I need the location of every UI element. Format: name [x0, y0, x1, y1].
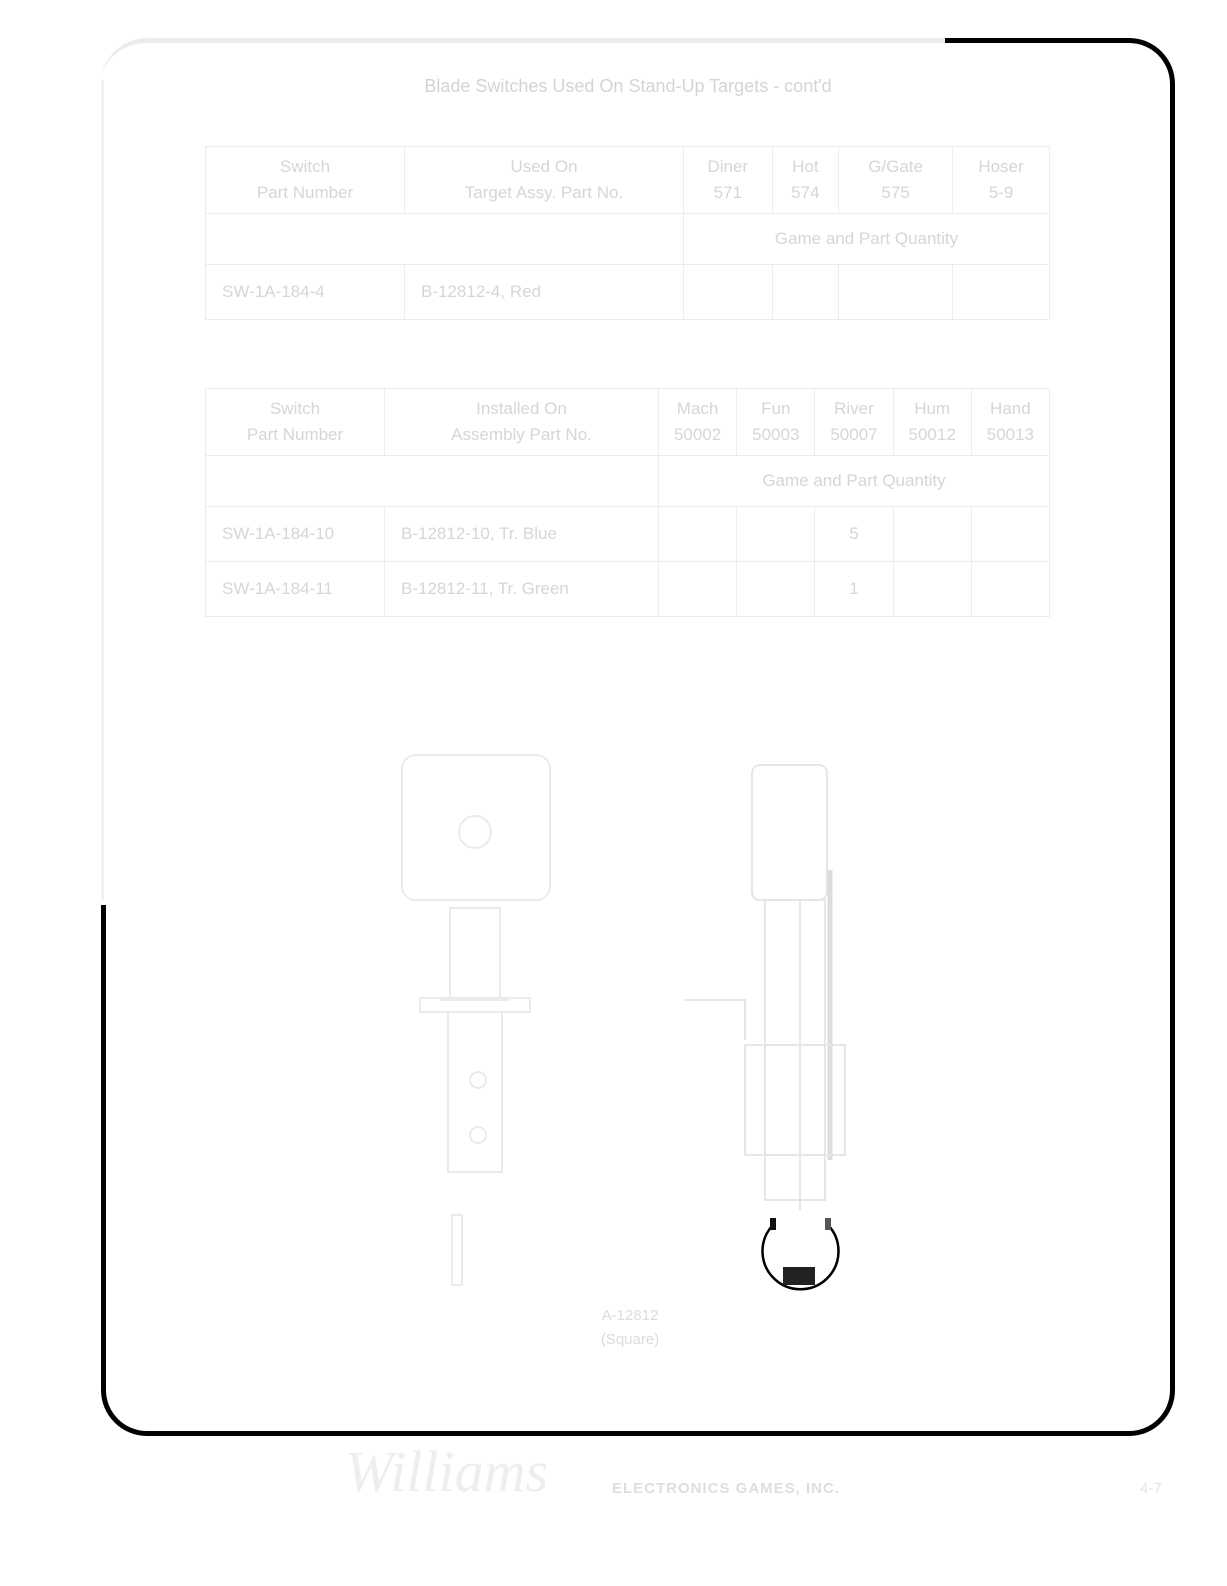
company-name: ELECTRONICS GAMES, INC. [612, 1480, 840, 1497]
qty [971, 507, 1049, 562]
qty [659, 507, 737, 562]
page-frame-left-faded [101, 80, 104, 900]
figure-caption: A-12812(Square) [560, 1304, 700, 1352]
header-game: Hot574 [772, 147, 839, 214]
installed-on: B-12812-10, Tr. Blue [385, 507, 659, 562]
switch-drawing [380, 740, 900, 1320]
qty [893, 507, 971, 562]
header-game: Mach50002 [659, 389, 737, 456]
header-game: Hand50013 [971, 389, 1049, 456]
group-label: Game and Part Quantity [684, 214, 1050, 265]
page-number: 4-7 [1140, 1480, 1162, 1497]
header-installed-on: Installed OnAssembly Part No. [385, 389, 659, 456]
header-game: Hum50012 [893, 389, 971, 456]
used-on: B-12812-4, Red [405, 265, 684, 320]
qty [737, 507, 815, 562]
table-row: SW-1A-184-11 B-12812-11, Tr. Green 1 [206, 562, 1050, 617]
group-label: Game and Part Quantity [659, 456, 1050, 507]
switch-table-1: SwitchPart Number Used OnTarget Assy. Pa… [205, 146, 1050, 320]
page-frame-left [101, 905, 106, 1385]
part-number: SW-1A-184-10 [206, 507, 385, 562]
qty [772, 265, 839, 320]
side-view [685, 765, 845, 1210]
qty: 1 [815, 562, 893, 617]
part-number: SW-1A-184-11 [206, 562, 385, 617]
header-game: G/Gate575 [839, 147, 953, 214]
header-switch: SwitchPart Number [206, 389, 385, 456]
group-row: Game and Part Quantity [206, 214, 1050, 265]
header-game: Hoser5-9 [953, 147, 1050, 214]
header-game: Fun50003 [737, 389, 815, 456]
front-view [402, 755, 550, 1285]
table-row: SW-1A-184-4 B-12812-4, Red [206, 265, 1050, 320]
page-frame-bottom [101, 1380, 1175, 1436]
table-header: SwitchPart Number Used OnTarget Assy. Pa… [206, 147, 1050, 214]
header-switch: SwitchPart Number [206, 147, 405, 214]
header-game: Diner571 [684, 147, 773, 214]
table-header: SwitchPart Number Installed OnAssembly P… [206, 389, 1050, 456]
wire-loop-icon [763, 1218, 839, 1289]
table-row: SW-1A-184-10 B-12812-10, Tr. Blue 5 [206, 507, 1050, 562]
part-number: SW-1A-184-4 [206, 265, 405, 320]
qty [737, 562, 815, 617]
group-row: Game and Part Quantity [206, 456, 1050, 507]
qty [839, 265, 953, 320]
qty [659, 562, 737, 617]
qty [893, 562, 971, 617]
qty: 5 [815, 507, 893, 562]
qty [684, 265, 773, 320]
qty [971, 562, 1049, 617]
qty [953, 265, 1050, 320]
switch-table-2: SwitchPart Number Installed OnAssembly P… [205, 388, 1050, 617]
page-frame-right [1170, 90, 1175, 1390]
header-used-on: Used OnTarget Assy. Part No. [405, 147, 684, 214]
header-game: River50007 [815, 389, 893, 456]
page-title: Blade Switches Used On Stand-Up Targets … [0, 76, 1227, 97]
installed-on: B-12812-11, Tr. Green [385, 562, 659, 617]
williams-logo: Williams [345, 1438, 548, 1505]
